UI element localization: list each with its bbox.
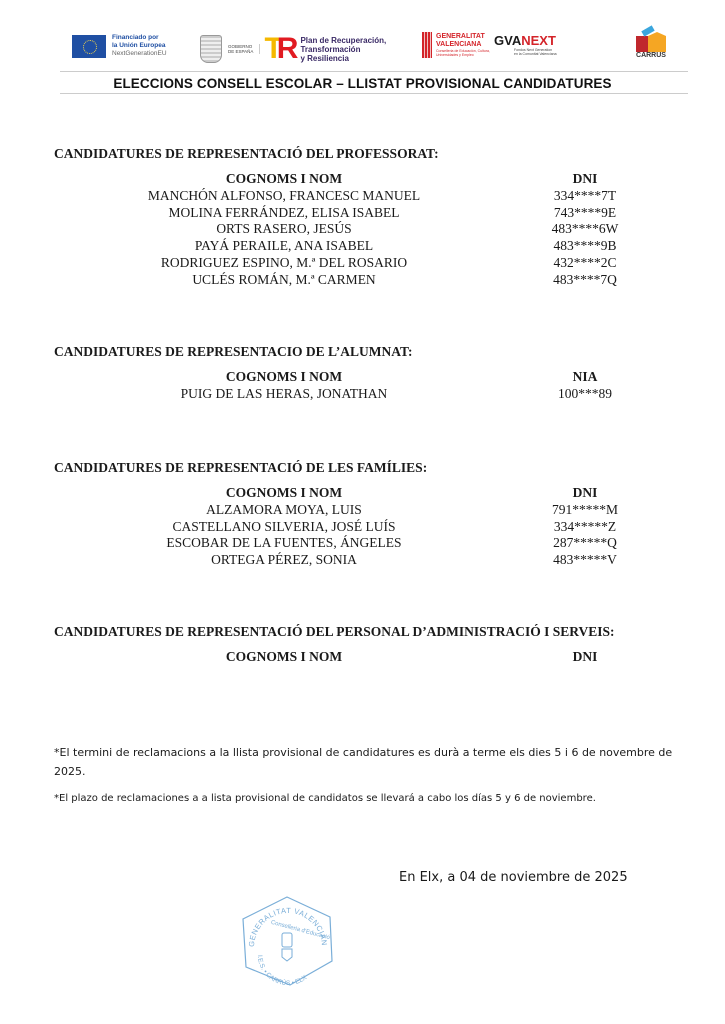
candidate-name: ALZAMORA MOYA, LUIS bbox=[54, 502, 514, 519]
candidate-id: 334****7T bbox=[514, 188, 656, 205]
document-title: ELECCIONS CONSELL ESCOLAR – LLISTAT PROV… bbox=[0, 76, 725, 91]
plan-line2: Transformación bbox=[300, 45, 386, 54]
generalitat-sub2: Universidades y Empleo bbox=[436, 53, 490, 57]
table-row: ALZAMORA MOYA, LUIS791*****M bbox=[54, 502, 674, 519]
carrus-logo: CARRÚS bbox=[636, 28, 666, 59]
col-header-id: NIA bbox=[514, 369, 656, 386]
candidates-table: COGNOMS I NOM DNI bbox=[54, 649, 674, 666]
section-title: CANDIDATURES DE REPRESENTACIÓ DE LES FAM… bbox=[54, 460, 674, 476]
generalitat-logo: GENERALITAT VALENCIANA Conselleria de Ed… bbox=[422, 32, 490, 58]
table-header: COGNOMS I NOM DNI bbox=[54, 171, 674, 188]
candidates-table: COGNOMS I NOM DNI ALZAMORA MOYA, LUIS791… bbox=[54, 485, 674, 569]
candidate-name: UCLÉS ROMÁN, M.ª CARMEN bbox=[54, 272, 514, 289]
generalitat-line2: VALENCIANA bbox=[436, 41, 490, 49]
candidate-id: 287*****Q bbox=[514, 535, 656, 552]
gobierno-line2: DE ESPAÑA bbox=[228, 49, 253, 54]
section-professorat: CANDIDATURES DE REPRESENTACIÓ DEL PROFES… bbox=[54, 146, 674, 289]
eu-logo: Financiado por la Unión Europea NextGene… bbox=[72, 34, 167, 58]
candidate-name: MANCHÓN ALFONSO, FRANCESC MANUEL bbox=[54, 188, 514, 205]
table-row: ESCOBAR DE LA FUENTES, ÁNGELES287*****Q bbox=[54, 535, 674, 552]
candidate-id: 483****7Q bbox=[514, 272, 656, 289]
section-title: CANDIDATURES DE REPRESENTACIO DE L’ALUMN… bbox=[54, 344, 674, 360]
gvanext-sub2: en la Comunitat Valenciana bbox=[514, 52, 557, 56]
table-row: PAYÁ PERAILE, ANA ISABEL483****9B bbox=[54, 238, 674, 255]
table-row: ORTS RASERO, JESÚS483****6W bbox=[54, 221, 674, 238]
candidate-name: ESCOBAR DE LA FUENTES, ÁNGELES bbox=[54, 535, 514, 552]
generalitat-shield-icon bbox=[422, 32, 432, 58]
plan-line3: y Resiliencia bbox=[300, 54, 386, 63]
tr-logo-icon: TR bbox=[264, 34, 292, 64]
svg-text:I.E.S. • CARRÚS • ELX: I.E.S. • CARRÚS • ELX bbox=[256, 955, 309, 987]
table-header: COGNOMS I NOM NIA bbox=[54, 369, 674, 386]
col-header-id: DNI bbox=[514, 485, 656, 502]
school-stamp-icon: GENERALITAT VALENCIANA Conselleria d'Edu… bbox=[240, 895, 335, 987]
col-header-name: COGNOMS I NOM bbox=[54, 369, 514, 386]
candidate-id: 791*****M bbox=[514, 502, 656, 519]
table-row: UCLÉS ROMÁN, M.ª CARMEN483****7Q bbox=[54, 272, 674, 289]
header-logos: Financiado por la Unión Europea NextGene… bbox=[70, 28, 675, 68]
col-header-name: COGNOMS I NOM bbox=[54, 171, 514, 188]
candidate-id: 483****9B bbox=[514, 238, 656, 255]
col-header-id: DNI bbox=[514, 171, 656, 188]
candidate-id: 334*****Z bbox=[514, 519, 656, 536]
header-rule-bottom bbox=[60, 93, 688, 94]
section-title: CANDIDATURES DE REPRESENTACIÓ DEL PROFES… bbox=[54, 146, 674, 162]
section-alumnat: CANDIDATURES DE REPRESENTACIO DE L’ALUMN… bbox=[54, 344, 674, 403]
candidate-id: 483*****V bbox=[514, 552, 656, 569]
gvanext-name-b: NEXT bbox=[521, 33, 556, 48]
table-row: MOLINA FERRÁNDEZ, ELISA ISABEL743****9E bbox=[54, 205, 674, 222]
eu-flag-icon bbox=[72, 35, 106, 58]
note-valencian: *El termini de reclamacions a la llista … bbox=[54, 743, 674, 781]
candidates-table: COGNOMS I NOM NIA PUIG DE LAS HERAS, JON… bbox=[54, 369, 674, 403]
stamp-top-text: GENERALITAT VALENCIANA bbox=[240, 895, 329, 947]
candidate-id: 743****9E bbox=[514, 205, 656, 222]
eu-line2: la Unión Europea bbox=[112, 42, 167, 50]
candidate-id: 100***89 bbox=[514, 386, 656, 403]
eu-line1: Financiado por bbox=[112, 34, 167, 42]
section-personal-administracio: CANDIDATURES DE REPRESENTACIÓ DEL PERSON… bbox=[54, 624, 674, 666]
table-header: COGNOMS I NOM DNI bbox=[54, 649, 674, 666]
section-title: CANDIDATURES DE REPRESENTACIÓ DEL PERSON… bbox=[54, 624, 674, 640]
gvanext-logo: GVANEXT Fondos Next Generation en la Com… bbox=[494, 34, 557, 56]
carrus-name: CARRÚS bbox=[636, 52, 666, 59]
candidate-name: PAYÁ PERAILE, ANA ISABEL bbox=[54, 238, 514, 255]
note-spanish: *El plazo de reclamaciones a a lista pro… bbox=[54, 789, 674, 808]
candidate-id: 483****6W bbox=[514, 221, 656, 238]
table-row: RODRIGUEZ ESPINO, M.ª DEL ROSARIO432****… bbox=[54, 255, 674, 272]
col-header-id: DNI bbox=[514, 649, 656, 666]
candidate-name: MOLINA FERRÁNDEZ, ELISA ISABEL bbox=[54, 205, 514, 222]
gvanext-name-a: GVA bbox=[494, 33, 521, 48]
header-rule-top bbox=[60, 71, 688, 72]
generalitat-line1: GENERALITAT bbox=[436, 33, 490, 41]
candidates-table: COGNOMS I NOM DNI MANCHÓN ALFONSO, FRANC… bbox=[54, 171, 674, 289]
candidate-id: 432****2C bbox=[514, 255, 656, 272]
stamp-middle-text: Conselleria d'Educació bbox=[270, 920, 331, 942]
candidate-name: PUIG DE LAS HERAS, JONATHAN bbox=[54, 386, 514, 403]
col-header-name: COGNOMS I NOM bbox=[54, 649, 514, 666]
table-row: PUIG DE LAS HERAS, JONATHAN100***89 bbox=[54, 386, 674, 403]
eu-line3: NextGenerationEU bbox=[112, 50, 167, 58]
stamp-bottom-text: I.E.S. • CARRÚS • ELX bbox=[256, 955, 309, 987]
col-header-name: COGNOMS I NOM bbox=[54, 485, 514, 502]
table-header: COGNOMS I NOM DNI bbox=[54, 485, 674, 502]
carrus-house-icon bbox=[636, 28, 666, 52]
place-date: En Elx, a 04 de noviembre de 2025 bbox=[399, 870, 628, 885]
plan-line1: Plan de Recuperación, bbox=[300, 36, 386, 45]
candidate-name: ORTS RASERO, JESÚS bbox=[54, 221, 514, 238]
table-row: CASTELLANO SILVERIA, JOSÉ LUÍS334*****Z bbox=[54, 519, 674, 536]
gobierno-logo: GOBIERNO DE ESPAÑA TR Plan de Recuperaci… bbox=[200, 34, 386, 64]
candidate-name: RODRIGUEZ ESPINO, M.ª DEL ROSARIO bbox=[54, 255, 514, 272]
candidate-name: ORTEGA PÉREZ, SONIA bbox=[54, 552, 514, 569]
svg-text:GENERALITAT VALENCIANA: GENERALITAT VALENCIANA bbox=[240, 895, 329, 947]
table-row: MANCHÓN ALFONSO, FRANCESC MANUEL334****7… bbox=[54, 188, 674, 205]
coat-of-arms-icon bbox=[200, 35, 222, 63]
table-row: ORTEGA PÉREZ, SONIA483*****V bbox=[54, 552, 674, 569]
candidate-name: CASTELLANO SILVERIA, JOSÉ LUÍS bbox=[54, 519, 514, 536]
section-families: CANDIDATURES DE REPRESENTACIÓ DE LES FAM… bbox=[54, 460, 674, 569]
